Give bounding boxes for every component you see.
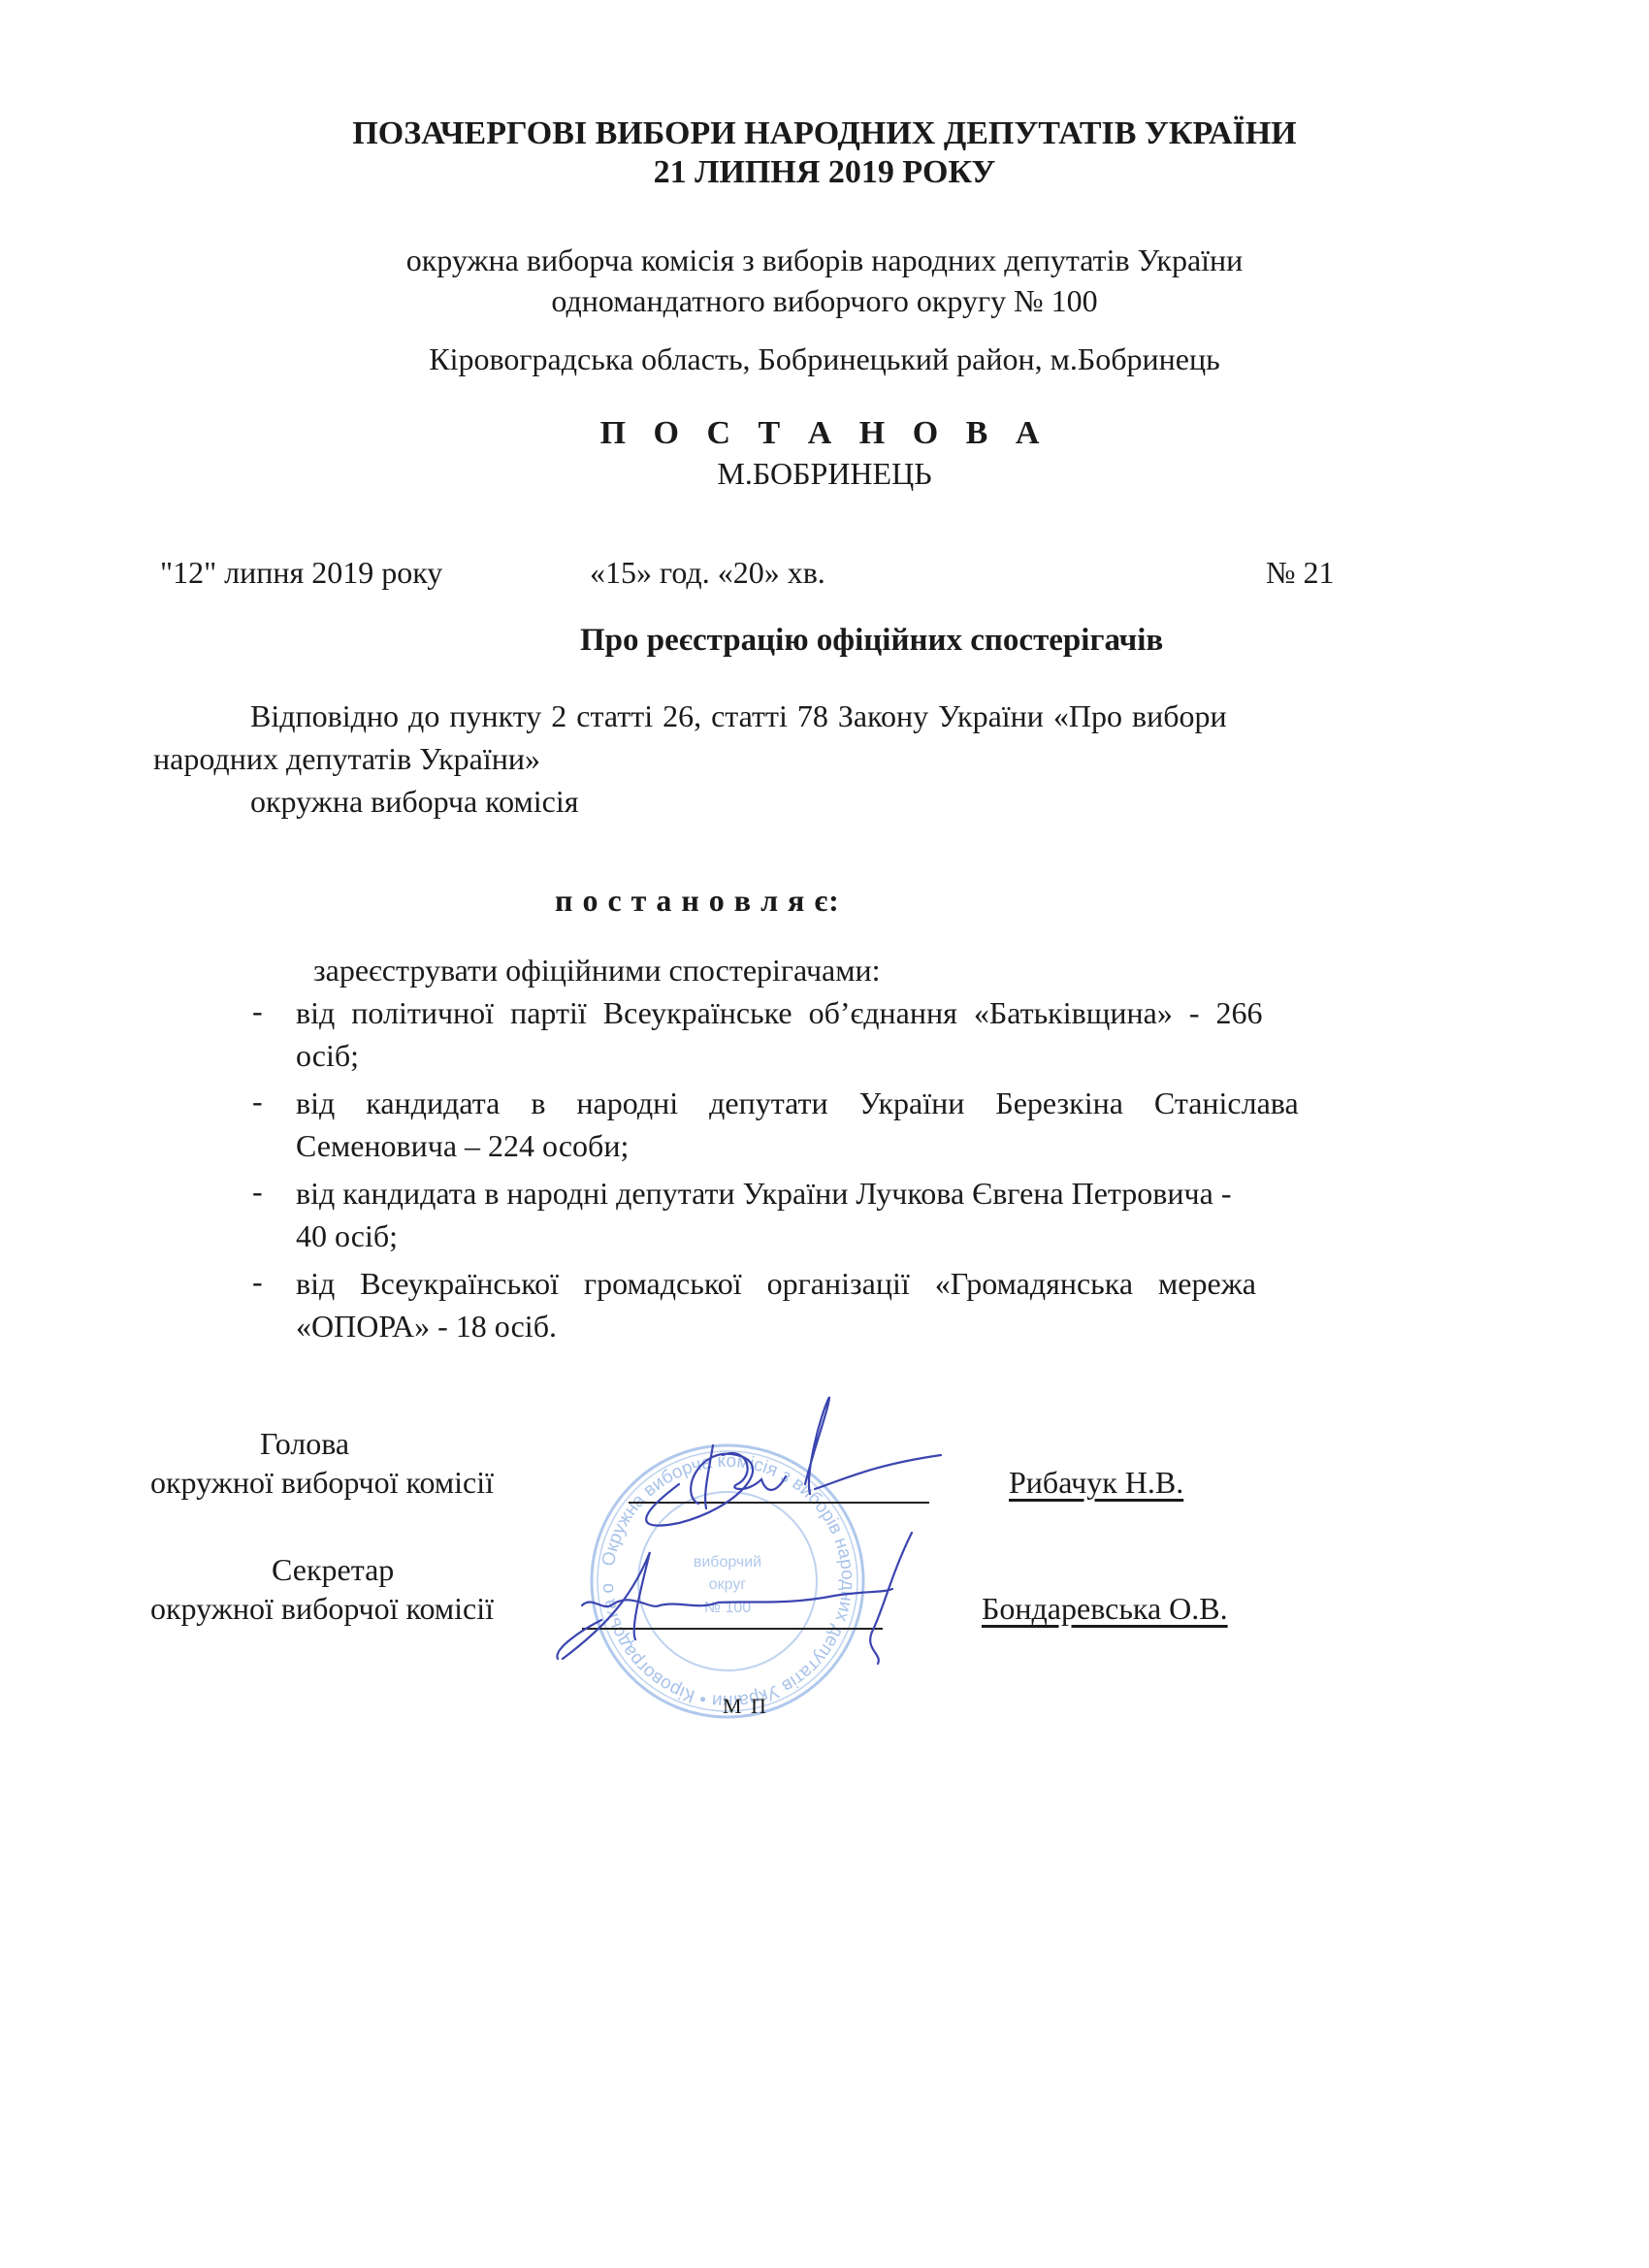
list-item-line2: осіб; <box>296 1036 359 1075</box>
secretary-org: окружної виборчої комісії <box>150 1589 494 1628</box>
commission-line2: одномандатного виборчого округу № 100 <box>0 281 1649 320</box>
list-dash: - <box>252 993 263 1029</box>
list-item-line1: від кандидата в народні депутати України… <box>296 1084 1450 1122</box>
document-page: ПОЗАЧЕРГОВІ ВИБОРИ НАРОДНИХ ДЕПУТАТІВ УК… <box>0 0 1649 2268</box>
list-dash: - <box>252 1264 263 1300</box>
list-item-line2: Семеновича – 224 особи; <box>296 1126 629 1165</box>
election-title-line1: ПОЗАЧЕРГОВІ ВИБОРИ НАРОДНИХ ДЕПУТАТІВ УК… <box>0 114 1649 153</box>
register-intro: зареєструвати офіційними спостерігачами: <box>313 951 881 989</box>
seal-label: М П <box>723 1694 768 1719</box>
preamble-line1: Відповідно до пункту 2 статті 26, статті… <box>250 697 1453 735</box>
document-city: М.БОБРИНЕЦЬ <box>0 454 1649 493</box>
list-item-line1: від кандидата в народні депутати України… <box>296 1174 1450 1213</box>
preamble-line2: народних депутатів України» <box>153 739 540 778</box>
list-item-line1: від політичної партії Всеукраїнське об’є… <box>296 993 1450 1032</box>
list-item-line1: від Всеукраїнської громадської організац… <box>296 1264 1450 1303</box>
election-title-line2: 21 ЛИПНЯ 2019 РОКУ <box>0 153 1649 192</box>
location-line: Кіровоградська область, Бобринецький рай… <box>0 340 1649 378</box>
secretary-title: Секретар <box>272 1550 394 1589</box>
commission-line1: окружна виборча комісія з виборів народн… <box>0 241 1649 279</box>
chair-org: окружної виборчої комісії <box>150 1463 494 1502</box>
chair-name: Рибачук Н.В. <box>1009 1463 1183 1502</box>
list-item-line2: «ОПОРА» - 18 осіб. <box>296 1307 557 1345</box>
chair-title: Голова <box>260 1424 349 1463</box>
document-type: П О С Т А Н О В А <box>0 415 1649 452</box>
secretary-signature-icon <box>543 1513 951 1678</box>
document-subject: Про реєстрацію офіційних спостерігачів <box>580 621 1163 660</box>
document-date: "12" липня 2019 року <box>160 553 442 592</box>
resolves-heading: п о с т а н о в л я є: <box>555 881 840 920</box>
document-time: «15» год. «20» хв. <box>590 553 825 592</box>
secretary-name: Бондаревська О.В. <box>982 1589 1228 1628</box>
list-dash: - <box>252 1084 263 1119</box>
document-number: № 21 <box>1266 553 1335 592</box>
list-dash: - <box>252 1174 263 1210</box>
commission-subject: окружна виборча комісія <box>250 782 578 821</box>
list-item-line2: 40 осіб; <box>296 1216 398 1255</box>
